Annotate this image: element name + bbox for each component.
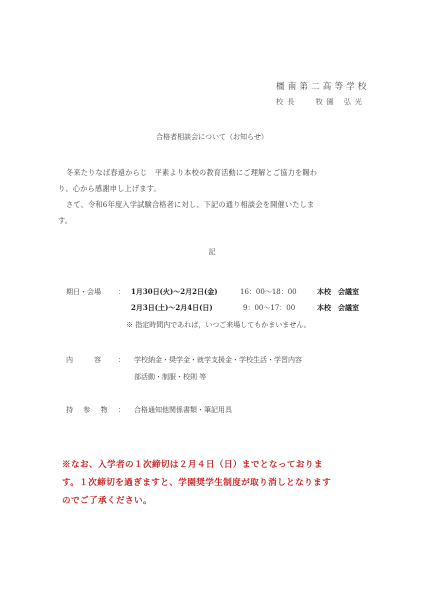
greeting-line-2: り、心から感謝申し上げます。 bbox=[58, 184, 161, 194]
schedule-colon: ： bbox=[118, 287, 125, 297]
greeting-line-1: 冬来たりなば春遠からじ 平素より本校の教育活動にご理解とご協力を賜わ bbox=[66, 168, 317, 178]
principal-title: 校 長 bbox=[276, 97, 295, 107]
items-value: 合格通知他関係書類・筆記用具 bbox=[134, 405, 232, 415]
ki-heading: 記 bbox=[0, 247, 424, 257]
notice-line-2: す。１次締切を過ぎますと、学園奨学生制度が取り消しとなります bbox=[62, 476, 331, 488]
announcement-line-1: さて、令和6年度入学試験合格者に対し、下記の通り相談会を開催いたしま bbox=[66, 200, 314, 210]
schedule-label: 期日・会場 bbox=[66, 287, 101, 297]
items-label: 持 参 物 bbox=[66, 405, 111, 415]
document-title: 合格者相談会について（お知らせ） bbox=[0, 132, 424, 142]
notice-line-1: ※なお、入学者の１次締切は２月４日（日）までとなっておりま bbox=[62, 458, 323, 470]
announcement-line-2: す。 bbox=[58, 216, 72, 226]
content-colon: ： bbox=[118, 355, 125, 365]
content-line-2: 部活動・制服・校則 等 bbox=[134, 372, 206, 382]
content-label: 内 容 bbox=[66, 355, 101, 365]
principal-name: 牧園 弘光 bbox=[316, 97, 366, 107]
schedule-place-2: 本校 会議室 bbox=[317, 303, 359, 313]
school-name: 橿南第二高等学校 bbox=[276, 80, 370, 92]
schedule-dates-1: 1月30日(火)〜2月2日(金) bbox=[131, 287, 218, 297]
schedule-place-1: 本校 会議室 bbox=[317, 287, 359, 297]
schedule-time-1: 16：00〜18：00 bbox=[240, 287, 297, 297]
content-line-1: 学校納金・奨学金・就学支援金・学校生活・学習内容 bbox=[134, 355, 302, 365]
schedule-dates-2: 2月3日(土)〜2月4日(日) bbox=[131, 303, 213, 313]
items-colon: ： bbox=[118, 405, 125, 415]
notice-line-3: のでご了承ください。 bbox=[62, 494, 152, 506]
schedule-note: ※ 指定時間内であれば，いつご来場してもかまいません。 bbox=[126, 320, 311, 330]
schedule-time-2: 9：00〜17：00 bbox=[243, 303, 295, 313]
principal-line: 校 長 牧園 弘光 bbox=[276, 97, 366, 107]
